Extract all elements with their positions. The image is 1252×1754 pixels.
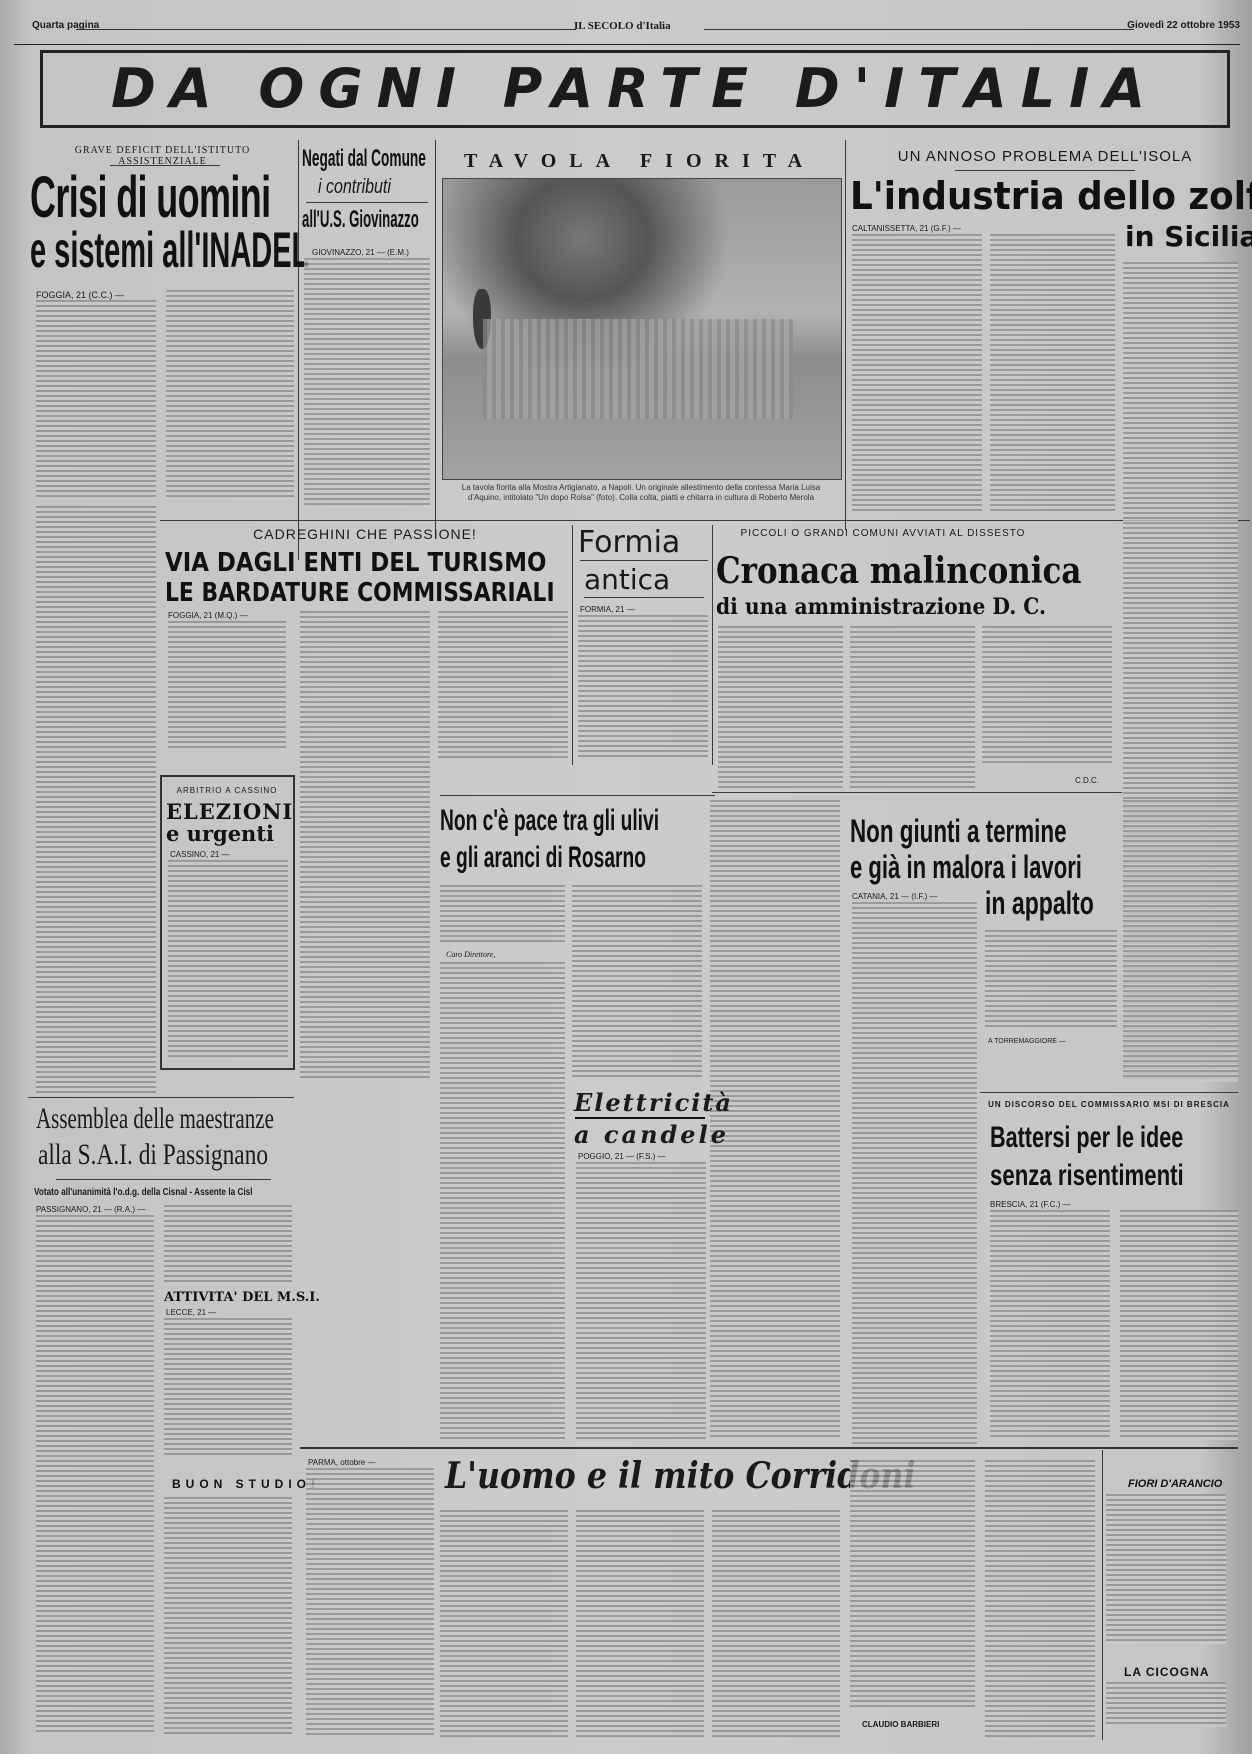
column-rule: [298, 140, 299, 560]
headline-rule: [575, 1117, 705, 1119]
cronaca-body-col3: [982, 626, 1112, 766]
rosarno-salutation: Caro Direttore,: [446, 950, 495, 959]
inadel-dateline: FOGGIA, 21 (C.C.) —: [36, 290, 124, 300]
inadel-body-col2: [166, 290, 294, 500]
newspaper-page: Quarta pagina IL SECOLO d'Italia Giovedì…: [0, 0, 1252, 1754]
brescia-body-col2: [1120, 1210, 1238, 1440]
column-rule: [1102, 1450, 1103, 1740]
photo-caption: La tavola fiorita alla Mostra Artigianat…: [446, 483, 836, 503]
elettricita-headline-1: Elettricità: [574, 1088, 733, 1117]
elezioni-kicker: ARBITRIO A CASSINO: [162, 786, 292, 795]
rosarno-body-col2: [572, 885, 702, 1080]
giovinazzo-body: [304, 258, 430, 508]
studio-headline: BUON STUDIO!: [172, 1477, 320, 1491]
cronaca-body-col2: [850, 626, 975, 791]
cicogna-headline: LA CICOGNA: [1124, 1665, 1210, 1679]
section-title: DA OGNI PARTE D'ITALIA: [43, 53, 1227, 125]
formia-headline-2: antica: [584, 564, 670, 596]
headline-rule: [580, 560, 708, 561]
rosarno-body-col3: [710, 800, 840, 1440]
inadel-headline-2: e sistemi all'INADEL: [30, 224, 309, 276]
appalto-headline-2: e già in malora i lavori: [850, 850, 1082, 884]
elezioni-headline-1: ELEZIONI: [166, 800, 293, 823]
zolfo-body-col2: [990, 234, 1115, 514]
turismo-headline-1: VIA DAGLI ENTI DEL TURISMO: [165, 549, 546, 577]
corridoni-body-col2: [440, 1510, 568, 1738]
zolfo-dateline: CALTANISSETTA, 21 (G.F.) —: [852, 224, 961, 233]
zolfo-kicker: UN ANNOSO PROBLEMA DELL'ISOLA: [850, 148, 1240, 165]
rosarno-headline-1: Non c'è pace tra gli ulivi: [440, 805, 659, 837]
section-rule: [300, 1447, 1238, 1449]
zolfo-body-col1: [852, 234, 982, 514]
zolfo-headline-2: in Sicilia: [1125, 222, 1252, 252]
table-photo: [442, 178, 842, 480]
cronaca-headline-1: Cronaca malinconica: [716, 552, 1081, 590]
appalto-body-col2: [985, 930, 1117, 1030]
section-rule: [980, 1092, 1238, 1093]
formia-headline-1: Formia: [578, 526, 680, 560]
inadel-body-continued: [36, 506, 156, 1096]
appalto-body-col3: [1123, 800, 1238, 1080]
cicogna-body: [1106, 1682, 1226, 1727]
formia-body: [578, 615, 708, 760]
appalto-body-col1: [852, 902, 977, 1447]
elezioni-dateline: CASSINO, 21 —: [170, 850, 230, 859]
brescia-headline-1: Battersi per le idee: [990, 1122, 1183, 1154]
appalto-headline-1: Non giunti a termine: [850, 814, 1067, 848]
inadel-body-col1: [36, 300, 156, 500]
column-rule: [712, 525, 713, 765]
inadel-kicker: GRAVE DEFICIT DELL'ISTITUTO ASSISTENZIAL…: [30, 145, 295, 167]
turismo-dateline: FOGGIA, 21 (M.Q.) —: [168, 611, 248, 620]
headline-rule: [56, 1179, 271, 1180]
section-banner: DA OGNI PARTE D'ITALIA: [40, 50, 1230, 128]
page-label: Quarta pagina: [32, 20, 99, 31]
corridoni-body-col4: [712, 1510, 840, 1738]
running-head: Quarta pagina IL SECOLO d'Italia Giovedì…: [14, 20, 1240, 34]
corridoni-headline: L'uomo e il mito Corridoni: [445, 1455, 916, 1497]
brescia-kicker: UN DISCORSO DEL COMMISSARIO MSI DI BRESC…: [980, 1100, 1238, 1109]
passignano-dateline: PASSIGNANO, 21 — (R.A.) —: [36, 1205, 145, 1214]
section-rule: [440, 795, 715, 796]
passignano-subhead: Votato all'unanimità l'o.d.g. della Cisn…: [34, 1187, 253, 1198]
msi-headline: ATTIVITA' DEL M.S.I.: [164, 1290, 320, 1305]
rosarno-body-col1: [440, 962, 565, 1442]
top-rule: [14, 44, 1240, 45]
turismo-body-col2: [300, 611, 430, 1081]
studio-body: [164, 1497, 292, 1737]
elettricita-body: [576, 1162, 706, 1442]
corridoni-body-col6: [985, 1460, 1095, 1740]
elettricita-headline-2: a candele: [574, 1120, 729, 1149]
giovinazzo-headline-3: all'U.S. Giovinazzo: [302, 207, 419, 233]
passignano-body-col1: [36, 1215, 154, 1735]
kicker-underline: [955, 170, 1135, 171]
turismo-body-col3: [438, 611, 568, 761]
fiori-headline: FIORI D'ARANCIO: [1128, 1478, 1222, 1490]
issue-date: Giovedì 22 ottobre 1953: [1127, 20, 1240, 31]
tavola-title: TAVOLA FIORITA: [442, 150, 837, 173]
corridoni-dateline: PARMA, ottobre —: [308, 1458, 375, 1467]
turismo-body-col1: [168, 621, 286, 751]
rosarno-headline-2: e gli aranci di Rosarno: [440, 842, 646, 874]
brescia-headline-2: senza risentimenti: [990, 1160, 1184, 1192]
column-rule: [435, 140, 436, 530]
cronaca-headline-2: di una amministrazione D. C.: [716, 594, 1046, 620]
headline-rule: [306, 202, 428, 203]
cronaca-signature: C.D.C.: [1075, 776, 1099, 785]
giovinazzo-headline-2: i contributi: [318, 176, 391, 199]
corridoni-body-col1: [306, 1468, 434, 1738]
section-rule: [160, 520, 1250, 521]
fiori-body: [1106, 1494, 1226, 1644]
msi-dateline: LECCE, 21 —: [166, 1308, 216, 1317]
giovinazzo-dateline: GIOVINAZZO, 21 — (E.M.): [312, 248, 409, 257]
corridoni-body-col3: [576, 1510, 704, 1738]
column-rule: [572, 525, 573, 765]
section-rule: [28, 1097, 294, 1098]
elezioni-headline-2: e urgenti: [166, 822, 274, 845]
turismo-headline-2: LE BARDATURE COMMISSARIALI: [165, 579, 555, 607]
section-rule: [712, 792, 1122, 793]
elezioni-body: [168, 860, 288, 1060]
brescia-body-col1: [990, 1210, 1110, 1440]
brescia-dateline: BRESCIA, 21 (F.C.) —: [990, 1200, 1070, 1209]
newspaper-name: IL SECOLO d'Italia: [574, 20, 671, 32]
turismo-kicker: CADREGHINI CHE PASSIONE!: [165, 526, 565, 542]
msi-body: [164, 1318, 292, 1458]
cronaca-kicker: PICCOLI O GRANDI COMUNI AVVIATI AL DISSE…: [718, 528, 1048, 539]
passignano-headline-2: alla S.A.I. di Passignano: [38, 1139, 268, 1171]
inadel-headline-1: Crisi di uomini: [30, 168, 270, 228]
rosarno-lead: [440, 885, 565, 945]
corridoni-body-col5: [850, 1460, 975, 1710]
corridoni-signature: CLAUDIO BARBIERI: [862, 1720, 939, 1729]
zolfo-headline-1: L'industria dello zolfo: [850, 176, 1252, 216]
appalto-headline-3: in appalto: [985, 886, 1094, 920]
appalto-dateline-2: A TORREMAGGIORE —: [988, 1038, 1066, 1045]
formia-dateline: FORMIA, 21 —: [580, 605, 635, 614]
elettricita-dateline: POGGIO, 21 — (F.S.) —: [578, 1152, 666, 1161]
appalto-dateline: CATANIA, 21 — (I.F.) —: [852, 892, 938, 901]
passignano-headline-1: Assemblea delle maestranze: [36, 1103, 274, 1135]
tablecloth: [483, 319, 793, 419]
passignano-body-col2: [164, 1205, 292, 1285]
column-rule: [845, 140, 846, 530]
giovinazzo-headline-1: Negati dal Comune: [302, 146, 426, 172]
cronaca-body-col1: [718, 626, 843, 791]
headline-rule: [584, 597, 704, 598]
